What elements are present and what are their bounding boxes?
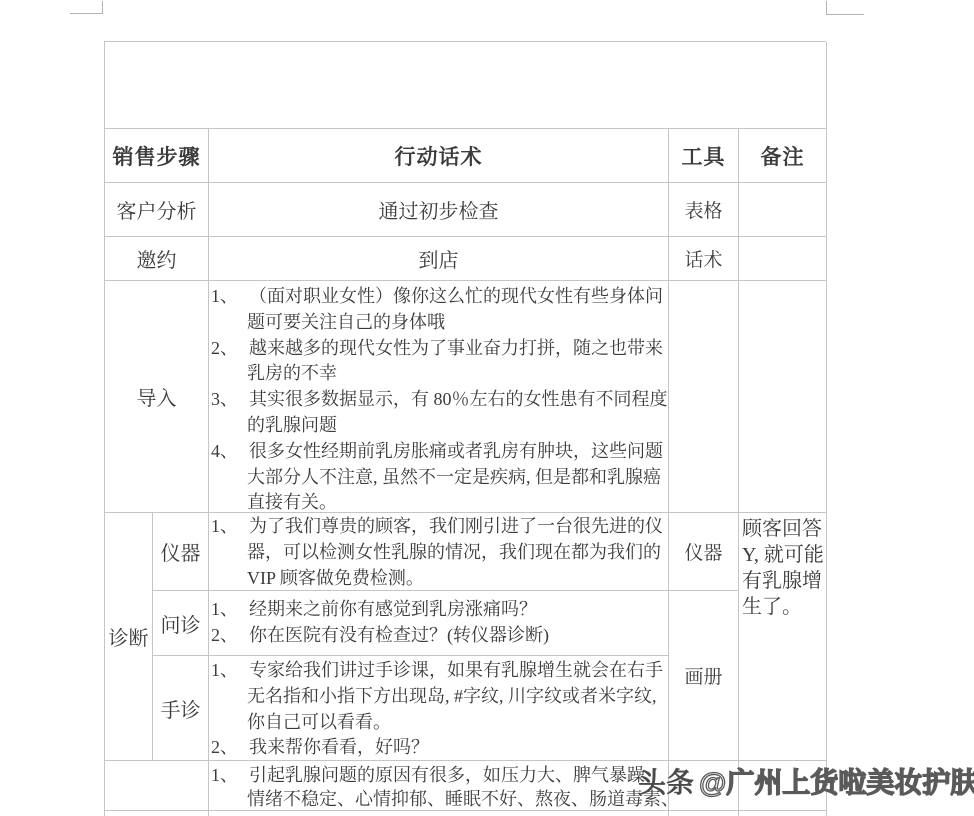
script-line: 1、（面对职业女性）像你这么忙的现代女性有些身体问 bbox=[211, 284, 666, 310]
script-line: 乳房的不幸 bbox=[211, 361, 666, 387]
cell-clipped-step bbox=[105, 811, 209, 816]
script-line: 1、为了我们尊贵的顾客，我们刚引进了一台很先进的仪 bbox=[211, 514, 666, 540]
cell-script-causes: 1、引起乳腺问题的原因有很多，如压力大、脾气暴躁、情绪不稳定、心情抑郁、睡眠不好… bbox=[209, 761, 669, 811]
header-cell-tool: 工具 bbox=[669, 129, 739, 183]
header-cell-note: 备注 bbox=[739, 129, 827, 183]
script-line: 2、我来帮你看看，好吗？ bbox=[211, 735, 666, 761]
cell-step-customer-analysis: 客户分析 bbox=[105, 183, 209, 237]
sales-script-table: 销售步骤 行动话术 工具 备注 客户分析 通过初步检查 表格 邀约 到店 话术 … bbox=[104, 41, 826, 816]
cell-tool-customer-analysis: 表格 bbox=[669, 183, 739, 237]
script-line: 4、很多女性经期前乳房胀痛或者乳房有肿块，这些问题 bbox=[211, 439, 666, 465]
cell-tool-intro bbox=[669, 281, 739, 513]
cell-tool-invite: 话术 bbox=[669, 237, 739, 281]
cell-note-customer-analysis bbox=[739, 183, 827, 237]
cell-sub-instrument: 仪器 bbox=[153, 513, 209, 591]
watermark-brand: 头条 bbox=[638, 767, 694, 798]
script-line: 题可要关注自己的身体哦 bbox=[211, 310, 666, 336]
script-line: 2、越来越多的现代女性为了事业奋力打拼，随之也带来 bbox=[211, 336, 666, 362]
cell-script-invite: 到店 bbox=[209, 237, 669, 281]
script-line: 的乳腺问题 bbox=[211, 413, 666, 439]
cell-clipped-note bbox=[739, 811, 827, 816]
cell-clipped-tool bbox=[669, 811, 739, 816]
script-line: VIP 顾客做免费检测。 bbox=[211, 566, 666, 591]
cell-step-intro: 导入 bbox=[105, 281, 209, 513]
cell-note-diagnosis: 顾客回答Y, 就可能有乳腺增生了。 bbox=[739, 513, 827, 761]
script-line: 1、专家给我们讲过手诊课，如果有乳腺增生就会在右手 bbox=[211, 658, 666, 684]
script-line: 情绪不稳定、心情抑郁、睡眠不好、熬夜、肠道毒素、 bbox=[211, 787, 666, 811]
cell-script-intro: 1、（面对职业女性）像你这么忙的现代女性有些身体问题可要关注自己的身体哦2、越来… bbox=[209, 281, 669, 513]
cell-step-causes-empty bbox=[105, 761, 209, 811]
cell-step-diagnosis: 诊断 bbox=[105, 513, 153, 761]
script-line: 器，可以检测女性乳腺的情况，我们现在都为我们的 bbox=[211, 540, 666, 566]
script-line: 3、其实很多数据显示，有 80％左右的女性患有不同程度 bbox=[211, 387, 666, 413]
cell-note-intro bbox=[739, 281, 827, 513]
cell-step-invite: 邀约 bbox=[105, 237, 209, 281]
script-line: 顾客回答 bbox=[742, 516, 825, 542]
margin-mark-top-left-v bbox=[102, 1, 103, 14]
watermark-handle: @广州上货啦美妆护肤 bbox=[699, 767, 974, 798]
script-line: 直接有关。 bbox=[211, 490, 666, 513]
cell-script-instrument: 1、为了我们尊贵的顾客，我们刚引进了一台很先进的仪器，可以检测女性乳腺的情况，我… bbox=[209, 513, 669, 591]
script-line: 生了。 bbox=[742, 594, 825, 620]
script-line: 你自己可以看看。 bbox=[211, 710, 666, 736]
cell-sub-palm: 手诊 bbox=[153, 656, 209, 761]
cell-note-invite bbox=[739, 237, 827, 281]
header-cell-step: 销售步骤 bbox=[105, 129, 209, 183]
cell-clipped-script bbox=[209, 811, 669, 816]
script-line: 有乳腺增 bbox=[742, 568, 825, 594]
script-line: 无名指和小指下方出现岛, #字纹, 川字纹或者米字纹, bbox=[211, 684, 666, 710]
table-title-box-empty bbox=[105, 42, 827, 129]
script-line: Y, 就可能 bbox=[742, 542, 825, 568]
margin-mark-top-left-h bbox=[70, 13, 103, 14]
cell-tool-palm: 画册 bbox=[669, 591, 739, 761]
document-page: 销售步骤 行动话术 工具 备注 客户分析 通过初步检查 表格 邀约 到店 话术 … bbox=[0, 0, 974, 816]
script-line: 2、你在医院有没有检查过？(转仪器诊断) bbox=[211, 623, 666, 649]
margin-mark-top-right-h bbox=[826, 14, 864, 15]
cell-sub-inquiry: 问诊 bbox=[153, 591, 209, 656]
script-line: 1、经期来之前你有感觉到乳房涨痛吗？ bbox=[211, 597, 666, 623]
cell-script-palm: 1、专家给我们讲过手诊课，如果有乳腺增生就会在右手无名指和小指下方出现岛, #字… bbox=[209, 656, 669, 761]
script-line: 1、引起乳腺问题的原因有很多，如压力大、脾气暴躁、 bbox=[211, 763, 666, 787]
margin-mark-top-right-v bbox=[826, 1, 827, 15]
cell-script-inquiry: 1、经期来之前你有感觉到乳房涨痛吗？2、你在医院有没有检查过？(转仪器诊断) bbox=[209, 591, 669, 656]
cell-script-customer-analysis: 通过初步检查 bbox=[209, 183, 669, 237]
script-line: 大部分人不注意, 虽然不一定是疾病, 但是都和乳腺癌 bbox=[211, 465, 666, 491]
header-cell-script: 行动话术 bbox=[209, 129, 669, 183]
cell-tool-instrument: 仪器 bbox=[669, 513, 739, 591]
toutiao-watermark: 头条@广州上货啦美妆护肤 bbox=[638, 761, 974, 801]
